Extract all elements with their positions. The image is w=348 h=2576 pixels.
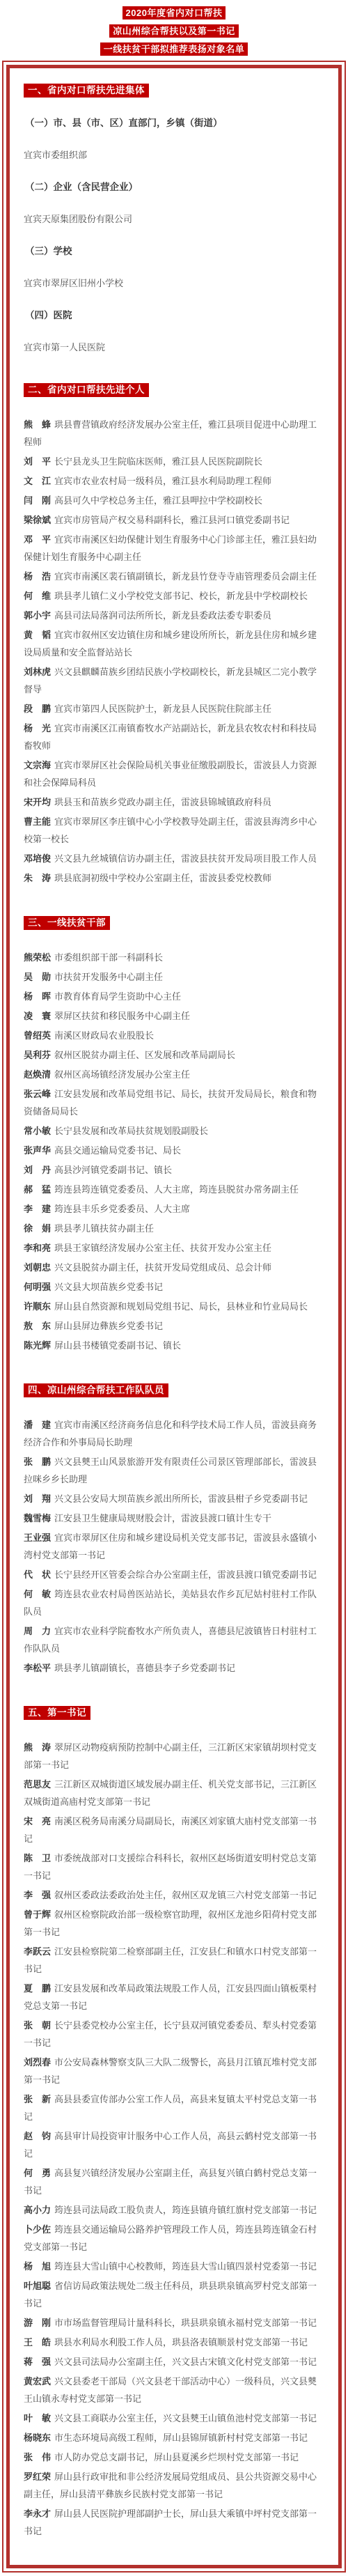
person-name: 吴利芬 bbox=[24, 1050, 51, 1060]
person-title: 长宁县经开区管委会综合办公室副主任，雷波县渡口镇党委副书记 bbox=[54, 1569, 317, 1580]
subsection-heading: （四）医院 bbox=[24, 309, 324, 322]
person-title: 珙县水利局水利股工作人员，珙县洛表镇顺景村党支部第一书记 bbox=[54, 2337, 308, 2348]
person-item: 郝 猛筠连县筠连镇党委委员、人大主席，筠连县脱贫办常务副主任 bbox=[24, 1181, 324, 1198]
person-item: 黄宏武兴文县委老干部局（兴文县老干部活动中心）一级科员，兴文县僰王山镇永寿村党支… bbox=[24, 2373, 324, 2407]
person-name: 徐 娟 bbox=[24, 1223, 51, 1234]
person-title: 宜宾市房管局产权交易科副科长，雅江县河口镇党委副书记 bbox=[54, 515, 290, 525]
section-heading: 一、省内对口帮扶先进集体 bbox=[24, 84, 149, 98]
title-chip-2: 凉山州综合帮扶以及第一书记 bbox=[109, 24, 239, 38]
person-name: 曾绍英 bbox=[24, 1030, 51, 1041]
person-title: 高县交通运输局党委书记、局长 bbox=[54, 1145, 181, 1156]
person-title: 高县可久中学校总务主任，雅江县呷拉中学校副校长 bbox=[54, 495, 262, 506]
person-name: 张 朝 bbox=[24, 2020, 51, 2031]
section-heading-row: 二、省内对口帮扶先进个人 bbox=[24, 383, 324, 397]
person-name: 邓 平 bbox=[24, 534, 51, 545]
person-item: 李永才屏山县人民医院护理部副护士长，屏山县大乘镇中坪村党支部第一书记 bbox=[24, 2505, 324, 2540]
person-title: 宜宾市农业农村局一级科员，雅江县水利局助理工程师 bbox=[54, 476, 271, 486]
person-item: 李和亮珙县王家镇经济发展办公室主任、扶贫开发办公室主任 bbox=[24, 1239, 324, 1257]
person-item: 朱 涛珙县底洞初级中学校办公室副主任，雷波县委党校教师 bbox=[24, 869, 324, 887]
person-title: 宜宾市南溪区经济商务信息化和科学技术局工作人员，雷波县商务经济合作和外事局局长助… bbox=[24, 1420, 317, 1448]
person-item: 卜少佐筠连县交通运输局公路养护管理段工作人员，筠连县筠连镇金石村党支部第一书记 bbox=[24, 2221, 324, 2256]
document-body: 一、省内对口帮扶先进集体（一）市、县（市、区）直部门，乡镇（街道）宜宾市委组织部… bbox=[6, 65, 342, 2568]
person-name: 李跃云 bbox=[24, 1946, 51, 1957]
person-title: 宜宾市南溪区裴石镇副镇长，新龙县竹登寺寺庙管理委员会副主任 bbox=[54, 571, 317, 582]
person-item: 王业强宜宾市翠屏区住房和城乡建设局机关党支部书记，雷波县永盛镇小湾村党支部第一书… bbox=[24, 1529, 324, 1564]
section-heading: 二、省内对口帮扶先进个人 bbox=[24, 383, 149, 397]
person-title: 三江新区双城街道区域发展办副主任、机关党支部书记，三江新区双城街道高庙村党支部第… bbox=[24, 1779, 317, 1807]
person-name: 王 皓 bbox=[24, 2337, 51, 2348]
person-title: 省信访局政策法规处二级主任科员，珙县珙泉镇高罗村党支部第一书记 bbox=[24, 2281, 317, 2309]
person-name: 许顺东 bbox=[24, 1301, 51, 1312]
person-name: 杨 晖 bbox=[24, 991, 51, 1002]
person-title: 市人防办党总支副书记，屏山县夏溪乡烂坝村党支部第一书记 bbox=[54, 2452, 299, 2462]
person-name: 卜少佐 bbox=[24, 2224, 51, 2235]
person-title: 宜宾市翠屏区李庄镇中心小学校教导处副主任，雷波县海湾乡中心校第一校长 bbox=[24, 816, 317, 844]
person-title: 珙县孝儿镇副镇长，喜德县李子乡党委副书记 bbox=[54, 1663, 235, 1673]
person-name: 何 勇 bbox=[24, 2168, 51, 2178]
person-title: 江安县检察院第二检察部副主任，江安县仁和镇水口村党支部第一书记 bbox=[24, 1946, 317, 1974]
person-title: 兴文县脱贫办副主任，扶贫开发局党组成员、总会计师 bbox=[54, 1262, 271, 1273]
person-item: 刘 丹高县沙河镇党委副书记、镇长 bbox=[24, 1161, 324, 1179]
person-name: 刘 平 bbox=[24, 456, 51, 467]
person-item: 杨 旭筠连县大雪山镇中心校教师，筠连县大雪山镇四景村党委第一书记 bbox=[24, 2258, 324, 2275]
person-item: 曾于辉叙州区检察院政治部一级检察官助理，叙州区龙池乡阳荷村党支部第一书记 bbox=[24, 1906, 324, 1941]
person-name: 王业强 bbox=[24, 1533, 51, 1543]
person-title: 屏山县书楼镇党委副书记、镇长 bbox=[54, 1340, 181, 1351]
person-item: 李 建筠连县丰乐乡党委委员、人大主席 bbox=[24, 1200, 324, 1218]
person-item: 张 鹏兴文县僰王山风景旅游开发有限责任公司景区管理部部长，雷波县拉咪乡乡长助理 bbox=[24, 1453, 324, 1488]
person-name: 罗红荣 bbox=[24, 2472, 51, 2482]
section-heading-row: 三、一线扶贫干部 bbox=[24, 916, 324, 930]
person-item: 凌 寰翠屏区扶贫和移民服务中心副主任 bbox=[24, 1007, 324, 1025]
person-title: 南溪区财政局农业股股长 bbox=[54, 1030, 154, 1041]
person-item: 闫 刚高县可久中学校总务主任，雅江县呷拉中学校副校长 bbox=[24, 492, 324, 509]
person-name: 吴 勋 bbox=[24, 972, 51, 982]
person-name: 黄 韬 bbox=[24, 630, 51, 640]
person-name: 敖 东 bbox=[24, 1321, 51, 1331]
person-title: 市教育体育局学生资助中心主任 bbox=[54, 991, 181, 1002]
person-item: 罗红荣屏山县行政审批和非公经济发展局党组成员、县公共资源交易中心副主任，屏山县清… bbox=[24, 2468, 324, 2503]
person-item: 熊荣松市委组织部干部一科副科长 bbox=[24, 949, 324, 966]
person-name: 张云峰 bbox=[24, 1089, 51, 1099]
person-name: 宋开均 bbox=[24, 797, 51, 807]
person-title: 筠连县丰乐乡党委委员、人大主席 bbox=[54, 1204, 190, 1214]
person-name: 张声华 bbox=[24, 1145, 51, 1156]
person-item: 何 敏筠连县农业农村局兽医站站长，美姑县农作乡瓦尼姑村驻村工作队队员 bbox=[24, 1585, 324, 1620]
person-item: 许顺东屏山县自然资源和规划局党组书记、局长，县林业和竹业局局长 bbox=[24, 1298, 324, 1315]
title-line: 凉山州综合帮扶以及第一书记 bbox=[0, 24, 348, 38]
person-item: 曾绍英南溪区财政局农业股股长 bbox=[24, 1027, 324, 1044]
person-item: 刘 平长宁县龙头卫生院临床医师，雅江县人民医院副院长 bbox=[24, 453, 324, 470]
person-item: 何 维珙县孝儿镇仁义小学校党支部书记、校长，新龙县中学校副校长 bbox=[24, 587, 324, 605]
person-title: 高县复兴镇经济发展办公室副主任，高县复兴镇白鹤村党总支第一书记 bbox=[24, 2168, 317, 2196]
person-title: 兴文县委老干部局（兴文县老干部活动中心）一级科员，兴文县僰王山镇永寿村党支部第一… bbox=[24, 2376, 317, 2404]
person-item: 杨 晖市教育体育局学生资助中心主任 bbox=[24, 988, 324, 1005]
person-item: 赵 钧高县审计局投资审计服务中心工作人员，高县云鹤村党支部第一书记 bbox=[24, 2127, 324, 2162]
person-name: 李 建 bbox=[24, 1204, 51, 1214]
person-item: 陈光辉屏山县书楼镇党委副书记、镇长 bbox=[24, 1337, 324, 1354]
person-title: 叙州区委政法委政治处主任，叙州区双龙镇三六村党支部第一书记 bbox=[54, 1890, 317, 1900]
person-item: 梁徐斌宜宾市房管局产权交易科副科长，雅江县河口镇党委副书记 bbox=[24, 511, 324, 529]
person-title: 宜宾市南溪区江南镇畜牧水产站副站长，新龙县农牧农村和科技局畜牧师 bbox=[24, 723, 317, 751]
person-item: 张声华高县交通运输局党委书记、局长 bbox=[24, 1142, 324, 1159]
person-name: 曾于辉 bbox=[24, 1909, 51, 1920]
person-title: 市扶贫开发服务中心副主任 bbox=[54, 972, 163, 982]
title-line: 2020年度省内对口帮扶 bbox=[0, 6, 348, 20]
person-name: 张 鹏 bbox=[24, 1457, 51, 1467]
person-name: 陈 卫 bbox=[24, 1853, 51, 1863]
person-item: 王 皓珙县水利局水利股工作人员，珙县洛表镇顺景村党支部第一书记 bbox=[24, 2334, 324, 2351]
person-name: 游 刚 bbox=[24, 2318, 51, 2328]
person-item: 李松平珙县孝儿镇副镇长，喜德县李子乡党委副书记 bbox=[24, 1659, 324, 1677]
person-item: 张 伟市人防办党总支副书记，屏山县夏溪乡烂坝村党支部第一书记 bbox=[24, 2449, 324, 2466]
person-name: 赵 钧 bbox=[24, 2131, 51, 2141]
person-item: 周 力宜宾市农业科学院畜牧水产所负责人，喜德县尼波镇皆日村驻村工作队队员 bbox=[24, 1622, 324, 1657]
person-name: 刘林虎 bbox=[24, 667, 51, 677]
person-title: 珙县孝儿镇扶贫办副主任 bbox=[54, 1223, 154, 1234]
person-name: 何 维 bbox=[24, 591, 51, 601]
person-name: 文 江 bbox=[24, 476, 51, 486]
person-name: 熊荣松 bbox=[24, 952, 51, 963]
person-item: 魏雪梅江安县卫生健康局规财股会计，雷波县渡口镇计生专干 bbox=[24, 1510, 324, 1527]
person-item: 范思友三江新区双城街道区域发展办副主任、机关党支部书记，三江新区双城街道高庙村党… bbox=[24, 1776, 324, 1810]
person-item: 邓培俊兴文县九丝城镇信访办副主任，雷波县扶贫开发局项目股工作人员 bbox=[24, 850, 324, 867]
person-name: 蒋 强 bbox=[24, 2357, 51, 2367]
person-item: 黄 韬宜宾市叙州区安边镇住房和城乡建设所所长，新龙县住房和城乡建设局质量和安全监… bbox=[24, 626, 324, 661]
section-heading-row: 一、省内对口帮扶先进集体 bbox=[24, 84, 324, 98]
person-title: 兴文县工商联办公室主任，兴文县僰王山镇鱼池村党支部第一书记 bbox=[54, 2413, 317, 2423]
person-title: 筠连县交通运输局公路养护管理段工作人员，筠连县筠连镇金石村党支部第一书记 bbox=[24, 2224, 317, 2252]
person-title: 叙州区脱贫办副主任、区发展和改革局副局长 bbox=[54, 1050, 235, 1060]
person-name: 夏 鹏 bbox=[24, 1983, 51, 1994]
person-name: 熊 蜂 bbox=[24, 419, 51, 430]
person-item: 徐 娟珙县孝儿镇扶贫办副主任 bbox=[24, 1220, 324, 1237]
person-title: 珙县王家镇经济发展办公室主任、扶贫开发办公室主任 bbox=[54, 1243, 271, 1253]
document-frame: 一、省内对口帮扶先进集体（一）市、县（市、区）直部门，乡镇（街道）宜宾市委组织部… bbox=[2, 61, 346, 2573]
person-name: 杨晓东 bbox=[24, 2433, 51, 2443]
person-title: 筠连县大雪山镇中心校教师，筠连县大雪山镇四景村党委第一书记 bbox=[54, 2261, 317, 2272]
person-name: 李松平 bbox=[24, 1663, 51, 1673]
person-title: 兴文县公安局大坝苗族乡派出所所长，雷波县柑子乡党委副书记 bbox=[54, 1493, 308, 1504]
person-item: 杨 浩宜宾市南溪区裴石镇副镇长，新龙县竹登寺寺庙管理委员会副主任 bbox=[24, 568, 324, 585]
person-name: 赵焕清 bbox=[24, 1069, 51, 1080]
person-title: 长宁县委党校办公室主任，长宁县双河镇党委委员、犁头村党委第一书记 bbox=[24, 2020, 317, 2048]
person-item: 常小敏长宁县发展和改革局扶贫规划股副股长 bbox=[24, 1122, 324, 1140]
person-name: 刘烈春 bbox=[24, 2057, 51, 2067]
person-title: 江安县卫生健康局规财股会计，雷波县渡口镇计生专干 bbox=[54, 1513, 271, 1523]
person-item: 刘林虎兴文县麒麟苗族乡团结民族小学校副校长，新龙县城区二完小教学督导 bbox=[24, 663, 324, 698]
title-line: 一线扶贫干部拟推荐表扬对象名单 bbox=[0, 42, 348, 56]
person-title: 长宁县龙头卫生院临床医师，雅江县人民医院副院长 bbox=[54, 456, 262, 467]
subsection-heading: （三）学校 bbox=[24, 245, 324, 258]
person-item: 李跃云江安县检察院第二检察部副主任，江安县仁和镇水口村党支部第一书记 bbox=[24, 1943, 324, 1978]
person-name: 杨 浩 bbox=[24, 571, 51, 582]
person-name: 周 力 bbox=[24, 1626, 51, 1636]
person-item: 宋 亮南溪区税务局南溪分局副局长，南溪区刘家镇大庙村党支部第一书记 bbox=[24, 1813, 324, 1847]
person-name: 何明强 bbox=[24, 1282, 51, 1292]
person-title: 宜宾市翠屏区社会保险局机关事业征缴股副股长，雷波县人力资源和社会保障局科员 bbox=[24, 760, 317, 788]
subsection-heading: （二）企业（含民营企业） bbox=[24, 181, 324, 194]
person-item: 曹主能宜宾市翠屏区李庄镇中心小学校教导处副主任，雷波县海湾乡中心校第一校长 bbox=[24, 813, 324, 848]
person-title: 宜宾市翠屏区住房和城乡建设局机关党支部书记，雷波县永盛镇小湾村党支部第一书记 bbox=[24, 1533, 317, 1560]
title-chip-1: 2020年度省内对口帮扶 bbox=[122, 6, 226, 20]
section-heading: 五、第一书记 bbox=[24, 1706, 90, 1720]
person-name: 叶 敏 bbox=[24, 2413, 51, 2423]
organization-item: 宜宾市翠屏区旧州小学校 bbox=[24, 277, 324, 290]
person-name: 黄宏武 bbox=[24, 2376, 51, 2387]
title-chip-3: 一线扶贫干部拟推荐表扬对象名单 bbox=[100, 42, 248, 56]
person-name: 郝 猛 bbox=[24, 1184, 51, 1195]
person-name: 张 伟 bbox=[24, 2452, 51, 2462]
person-name: 杨 光 bbox=[24, 723, 51, 734]
section-heading: 四、凉山州综合帮扶工作队队员 bbox=[24, 1383, 168, 1397]
person-title: 高县审计局投资审计服务中心工作人员，高县云鹤村党支部第一书记 bbox=[24, 2131, 317, 2159]
section-heading-row: 四、凉山州综合帮扶工作队队员 bbox=[24, 1383, 324, 1397]
person-name: 凌 寰 bbox=[24, 1011, 51, 1021]
person-title: 珙县孝儿镇仁义小学校党支部书记、校长，新龙县中学校副校长 bbox=[54, 591, 308, 601]
person-item: 熊 涛翠屏区动物疫病预防控制中心副主任，三江新区宋家镇胡坝村党支部第一书记 bbox=[24, 1739, 324, 1774]
person-title: 珙县曹营镇政府经济发展办公室主任，雅江县项目促进中心助理工程师 bbox=[24, 419, 317, 447]
person-title: 宜宾市第四人民医院护士，新龙县人民医院住院部主任 bbox=[54, 704, 271, 714]
person-title: 叙州区高场镇经济发展办公室主任 bbox=[54, 1069, 190, 1080]
person-name: 闫 刚 bbox=[24, 495, 51, 506]
person-title: 江安县发展和改革局党组书记、局长，扶贫开发局局长，粮食和物资储备局局长 bbox=[24, 1089, 317, 1117]
person-item: 高小力筠连县司法局政工股负责人，筠连县镇舟镇红旗村党支部第一书记 bbox=[24, 2201, 324, 2219]
person-name: 刘 丹 bbox=[24, 1165, 51, 1175]
section-heading-row: 五、第一书记 bbox=[24, 1706, 324, 1720]
person-title: 屏山县自然资源和规划局党组书记、局长，县林业和竹业局局长 bbox=[54, 1301, 308, 1312]
person-item: 赵焕清叙州区高场镇经济发展办公室主任 bbox=[24, 1066, 324, 1083]
person-name: 潘 建 bbox=[24, 1420, 51, 1430]
person-item: 何明强兴文县大坝苗族乡党委书记 bbox=[24, 1278, 324, 1296]
person-item: 敖 东屏山县屏边彝族乡党委书记 bbox=[24, 1317, 324, 1335]
person-title: 屏山县人民医院护理部副护士长，屏山县大乘镇中坪村党支部第一书记 bbox=[24, 2508, 317, 2536]
person-title: 兴文县麒麟苗族乡团结民族小学校副校长，新龙县城区二完小教学督导 bbox=[24, 667, 317, 695]
person-item: 代 状长宁县经开区管委会综合办公室副主任，雷波县渡口镇党委副书记 bbox=[24, 1566, 324, 1583]
person-name: 文宗海 bbox=[24, 760, 51, 770]
person-name: 李 强 bbox=[24, 1890, 51, 1900]
document-title-block: 2020年度省内对口帮扶 凉山州综合帮扶以及第一书记 一线扶贫干部拟推荐表扬对象… bbox=[0, 0, 348, 56]
person-item: 邓 平宜宾市南溪区妇幼保健计划生育服务中心门诊部主任，雅江县妇幼保健计划生育服务… bbox=[24, 531, 324, 566]
person-title: 高县司法局落润司法所所长，新龙县委政法委专职委员 bbox=[54, 610, 271, 621]
person-item: 文 江宜宾市农业农村局一级科员，雅江县水利局助理工程师 bbox=[24, 472, 324, 490]
person-name: 郭小宇 bbox=[24, 610, 51, 621]
person-title: 市委组织部干部一科副科长 bbox=[54, 952, 163, 963]
person-name: 高小力 bbox=[24, 2205, 51, 2215]
person-item: 蒋 强兴文县司法局办公室副主任，兴文县古宋镇文化村党支部第一书记 bbox=[24, 2353, 324, 2371]
person-name: 代 状 bbox=[24, 1569, 51, 1580]
person-name: 李和亮 bbox=[24, 1243, 51, 1253]
person-item: 叶旭聪省信访局政策法规处二级主任科员，珙县珙泉镇高罗村党支部第一书记 bbox=[24, 2277, 324, 2312]
person-item: 叶 敏兴文县工商联办公室主任，兴文县僰王山镇鱼池村党支部第一书记 bbox=[24, 2410, 324, 2427]
person-title: 翠屏区扶贫和移民服务中心副主任 bbox=[54, 1011, 190, 1021]
person-title: 高县县委宣传部办公室工作人员，高县来复镇太平村党总支第一书记 bbox=[24, 2094, 317, 2122]
person-item: 夏 鹏江安县发展和改革局政策法规股工作人员，江安县四面山镇板栗村党总支第一书记 bbox=[24, 1980, 324, 2015]
person-item: 宋开均珙县玉和苗族乡党政办副主任，雷波县锦城镇政府科员 bbox=[24, 793, 324, 811]
person-name: 刘朝忠 bbox=[24, 1262, 51, 1273]
organization-item: 宜宾天原集团股份有限公司 bbox=[24, 213, 324, 226]
person-item: 熊 蜂珙县曹营镇政府经济发展办公室主任，雅江县项目促进中心助理工程师 bbox=[24, 416, 324, 451]
person-title: 筠连县司法局政工股负责人，筠连县镇舟镇红旗村党支部第一书记 bbox=[54, 2205, 317, 2215]
person-item: 刘 翔兴文县公安局大坝苗族乡派出所所长，雷波县柑子乡党委副书记 bbox=[24, 1490, 324, 1507]
person-item: 陈 卫市委统战部对口支援综合科科长，叙州区赵场街道安明村党总支第一书记 bbox=[24, 1849, 324, 1884]
person-title: 市生态环境局高级工程师，屏山县锦屏镇新村村党支部第一书记 bbox=[54, 2433, 308, 2443]
person-title: 宜宾市叙州区安边镇住房和城乡建设所所长，新龙县住房和城乡建设局质量和安全监督站站… bbox=[24, 630, 317, 658]
organization-item: 宜宾市委组织部 bbox=[24, 149, 324, 162]
person-name: 杨 旭 bbox=[24, 2261, 51, 2272]
person-title: 兴文县大坝苗族乡党委书记 bbox=[54, 1282, 163, 1292]
person-name: 叶旭聪 bbox=[24, 2281, 51, 2291]
section-heading: 三、一线扶贫干部 bbox=[24, 916, 110, 930]
person-title: 筠连县筠连镇党委委员、人大主席，筠连县脱贫办常务副主任 bbox=[54, 1184, 299, 1195]
person-name: 朱 涛 bbox=[24, 873, 51, 883]
person-name: 熊 涛 bbox=[24, 1742, 51, 1753]
person-name: 宋 亮 bbox=[24, 1816, 51, 1826]
person-title: 兴文县九丝城镇信访办副主任，雷波县扶贫开发局项目股工作人员 bbox=[54, 853, 317, 864]
person-item: 杨晓东市生态环境局高级工程师，屏山县锦屏镇新村村党支部第一书记 bbox=[24, 2429, 324, 2446]
person-title: 宜宾市南溪区妇幼保健计划生育服务中心门诊部主任，雅江县妇幼保健计划生育服务中心副… bbox=[24, 534, 317, 562]
person-item: 李 强叙州区委政法委政治处主任，叙州区双龙镇三六村党支部第一书记 bbox=[24, 1886, 324, 1904]
person-name: 魏雪梅 bbox=[24, 1513, 51, 1523]
person-name: 张 新 bbox=[24, 2094, 51, 2104]
person-name: 何 敏 bbox=[24, 1589, 51, 1599]
person-item: 刘朝忠兴文县脱贫办副主任，扶贫开发局党组成员、总会计师 bbox=[24, 1259, 324, 1276]
person-item: 吴利芬叙州区脱贫办副主任、区发展和改革局副局长 bbox=[24, 1046, 324, 1064]
person-title: 筠连县农业农村局兽医站站长，美姑县农作乡瓦尼姑村驻村工作队队员 bbox=[24, 1589, 317, 1617]
person-title: 兴文县司法局办公室副主任，兴文县古宋镇文化村党支部第一书记 bbox=[54, 2357, 317, 2367]
organization-item: 宜宾市第一人民医院 bbox=[24, 341, 324, 354]
person-name: 梁徐斌 bbox=[24, 515, 51, 525]
person-item: 张 新高县县委宣传部办公室工作人员，高县来复镇太平村党总支第一书记 bbox=[24, 2090, 324, 2125]
person-title: 高县沙河镇党委副书记、镇长 bbox=[54, 1165, 172, 1175]
person-item: 张云峰江安县发展和改革局党组书记、局长，扶贫开发局局长，粮食和物资储备局局长 bbox=[24, 1085, 324, 1120]
person-title: 叙州区检察院政治部一级检察官助理，叙州区龙池乡阳荷村党支部第一书记 bbox=[24, 1909, 317, 1937]
person-item: 杨 光宜宾市南溪区江南镇畜牧水产站副站长，新龙县农牧农村和科技局畜牧师 bbox=[24, 720, 324, 754]
person-name: 刘 翔 bbox=[24, 1493, 51, 1504]
person-item: 郭小宇高县司法局落润司法所所长，新龙县委政法委专职委员 bbox=[24, 607, 324, 624]
person-name: 范思友 bbox=[24, 1779, 51, 1790]
person-name: 李永才 bbox=[24, 2508, 51, 2519]
person-item: 何 勇高县复兴镇经济发展办公室副主任，高县复兴镇白鹤村党总支第一书记 bbox=[24, 2164, 324, 2199]
person-title: 市委统战部对口支援综合科科长，叙州区赵场街道安明村党总支第一书记 bbox=[24, 1853, 317, 1881]
person-item: 潘 建宜宾市南溪区经济商务信息化和科学技术局工作人员，雷波县商务经济合作和外事局… bbox=[24, 1416, 324, 1451]
person-title: 兴文县僰王山风景旅游开发有限责任公司景区管理部部长，雷波县拉咪乡乡长助理 bbox=[24, 1457, 317, 1484]
person-title: 屏山县行政审批和非公经济发展局党组成员、县公共资源交易中心副主任，屏山县清平彝族… bbox=[24, 2472, 317, 2499]
person-item: 吴 勋市扶贫开发服务中心副主任 bbox=[24, 968, 324, 986]
person-title: 江安县发展和改革局政策法规股工作人员，江安县四面山镇板栗村党总支第一书记 bbox=[24, 1983, 317, 2011]
person-title: 长宁县发展和改革局扶贫规划股副股长 bbox=[54, 1126, 208, 1136]
person-title: 珙县玉和苗族乡党政办副主任，雷波县锦城镇政府科员 bbox=[54, 797, 271, 807]
person-title: 南溪区税务局南溪分局副局长，南溪区刘家镇大庙村党支部第一书记 bbox=[24, 1816, 317, 1844]
person-name: 邓培俊 bbox=[24, 853, 51, 864]
person-title: 珙县底洞初级中学校办公室副主任，雷波县委党校教师 bbox=[54, 873, 271, 883]
person-title: 市公安局森林警察支队三大队二级警长，高县月江镇瓦堆村党支部第一书记 bbox=[24, 2057, 317, 2085]
person-item: 游 刚市市场监督管理局计量科科长，珙县珙泉镇永福村党支部第一书记 bbox=[24, 2314, 324, 2331]
person-name: 段 鹏 bbox=[24, 704, 51, 714]
person-name: 常小敏 bbox=[24, 1126, 51, 1136]
person-item: 刘烈春市公安局森林警察支队三大队二级警长，高县月江镇瓦堆村党支部第一书记 bbox=[24, 2054, 324, 2088]
subsection-heading: （一）市、县（市、区）直部门，乡镇（街道） bbox=[24, 117, 324, 130]
person-title: 宜宾市农业科学院畜牧水产所负责人，喜德县尼波镇皆日村驻村工作队队员 bbox=[24, 1626, 317, 1654]
person-name: 陈光辉 bbox=[24, 1340, 51, 1351]
person-item: 段 鹏宜宾市第四人民医院护士，新龙县人民医院住院部主任 bbox=[24, 700, 324, 717]
person-title: 市市场监督管理局计量科科长，珙县珙泉镇永福村党支部第一书记 bbox=[54, 2318, 317, 2328]
person-title: 屏山县屏边彝族乡党委书记 bbox=[54, 1321, 163, 1331]
person-name: 曹主能 bbox=[24, 816, 51, 827]
person-title: 翠屏区动物疫病预防控制中心副主任，三江新区宋家镇胡坝村党支部第一书记 bbox=[24, 1742, 317, 1770]
person-item: 文宗海宜宾市翠屏区社会保险局机关事业征缴股副股长，雷波县人力资源和社会保障局科员 bbox=[24, 756, 324, 791]
